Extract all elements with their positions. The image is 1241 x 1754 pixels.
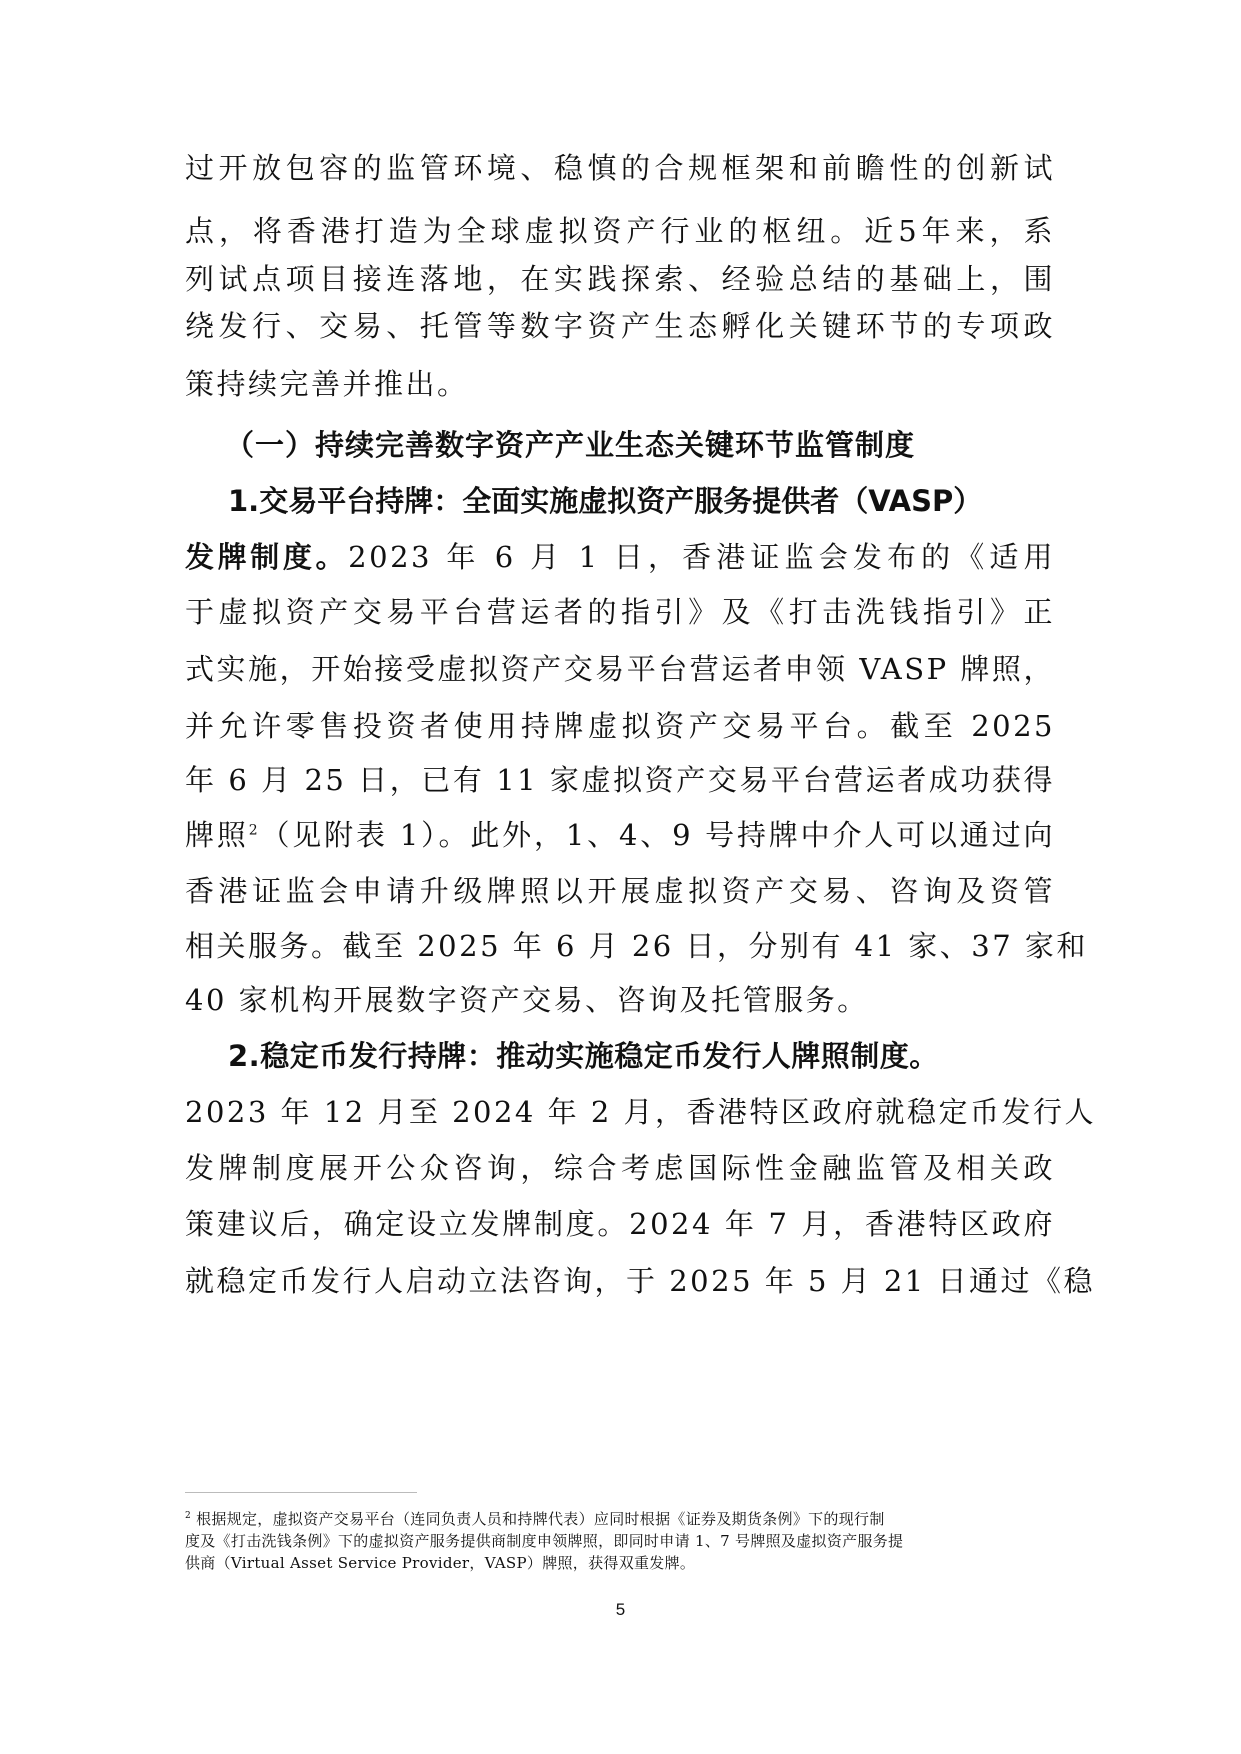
- body-text-line: 绕发行、交易、托管等数字资产生态孵化关键环节的专项政: [185, 306, 1055, 346]
- body-text-fragment: （见附表 1）。此外，1、4、9 号持牌中介人可以通过向: [260, 818, 1055, 852]
- section-heading: （一）持续完善数字资产产业生态关键环节监管制度: [225, 425, 1095, 465]
- body-text-line: 就稳定币发行人启动立法咨询，于 2025 年 5 月 21 日通过《稳: [185, 1261, 1055, 1301]
- body-text-line: 过开放包容的监管环境、稳慎的合规框架和前瞻性的创新试: [185, 148, 1055, 188]
- body-text-line: 相关服务。截至 2025 年 6 月 26 日，分别有 41 家、37 家和: [185, 926, 1055, 966]
- footnote-separator: [185, 1492, 417, 1493]
- body-text-line: 2023 年 12 月至 2024 年 2 月，香港特区政府就稳定币发行人: [185, 1092, 1055, 1132]
- page-number: 5: [0, 1600, 1241, 1620]
- body-text-line: 发牌制度。2023 年 6 月 1 日，香港证监会发布的《适用: [185, 537, 1055, 577]
- body-text-fragment: 2023 年 6 月 1 日，香港证监会发布的《适用: [348, 540, 1055, 574]
- body-text-line: 并允许零售投资者使用持牌虚拟资产交易平台。截至 2025: [185, 706, 1055, 746]
- body-text-line: 牌照2（见附表 1）。此外，1、4、9 号持牌中介人可以通过向: [185, 815, 1055, 855]
- footnote-text: 根据规定，虚拟资产交易平台（连同负责人员和持牌代表）应同时根据《证券及期货条例》…: [196, 1510, 885, 1528]
- body-text-line: 点，将香港打造为全球虚拟资产行业的枢纽。近5年来，系: [185, 211, 1055, 251]
- item-1-heading: 1.交易平台持牌：全面实施虚拟资产服务提供者（VASP）: [228, 481, 1055, 521]
- body-text-line: 香港证监会申请升级牌照以开展虚拟资产交易、咨询及资管: [185, 871, 1055, 911]
- footnote-line: 度及《打击洗钱条例》下的虚拟资产服务提供商制度申领牌照，即同时申请 1、7 号牌…: [185, 1531, 1055, 1552]
- document-page: 过开放包容的监管环境、稳慎的合规框架和前瞻性的创新试 点，将香港打造为全球虚拟资…: [0, 0, 1241, 1754]
- body-text-line: 列试点项目接连落地，在实践探索、经验总结的基础上，围: [185, 259, 1055, 299]
- body-text-line: 策建议后，确定设立发牌制度。2024 年 7 月，香港特区政府: [185, 1204, 1055, 1244]
- item-2-heading: 2.稳定币发行持牌：推动实施稳定币发行人牌照制度。: [228, 1036, 1098, 1076]
- item-1-heading-continued: 发牌制度。: [185, 540, 348, 574]
- footnote-line: 2 根据规定，虚拟资产交易平台（连同负责人员和持牌代表）应同时根据《证券及期货条…: [185, 1509, 1055, 1530]
- footnote-line: 供商（Virtual Asset Service Provider，VASP）牌…: [185, 1553, 1055, 1574]
- body-text-line: 式实施，开始接受虚拟资产交易平台营运者申领 VASP 牌照，: [185, 649, 1055, 689]
- body-text-line: 年 6 月 25 日，已有 11 家虚拟资产交易平台营运者成功获得: [185, 760, 1055, 800]
- body-text-fragment: 牌照: [185, 818, 249, 852]
- footnote-number: 2: [185, 1511, 191, 1521]
- body-text-line: 于虚拟资产交易平台营运者的指引》及《打击洗钱指引》正: [185, 592, 1055, 632]
- body-text-line: 策持续完善并推出。: [185, 364, 1055, 404]
- body-text-line: 发牌制度展开公众咨询，综合考虑国际性金融监管及相关政: [185, 1148, 1055, 1188]
- footnote-reference[interactable]: 2: [249, 822, 260, 838]
- body-text-line: 40 家机构开展数字资产交易、咨询及托管服务。: [185, 980, 1055, 1020]
